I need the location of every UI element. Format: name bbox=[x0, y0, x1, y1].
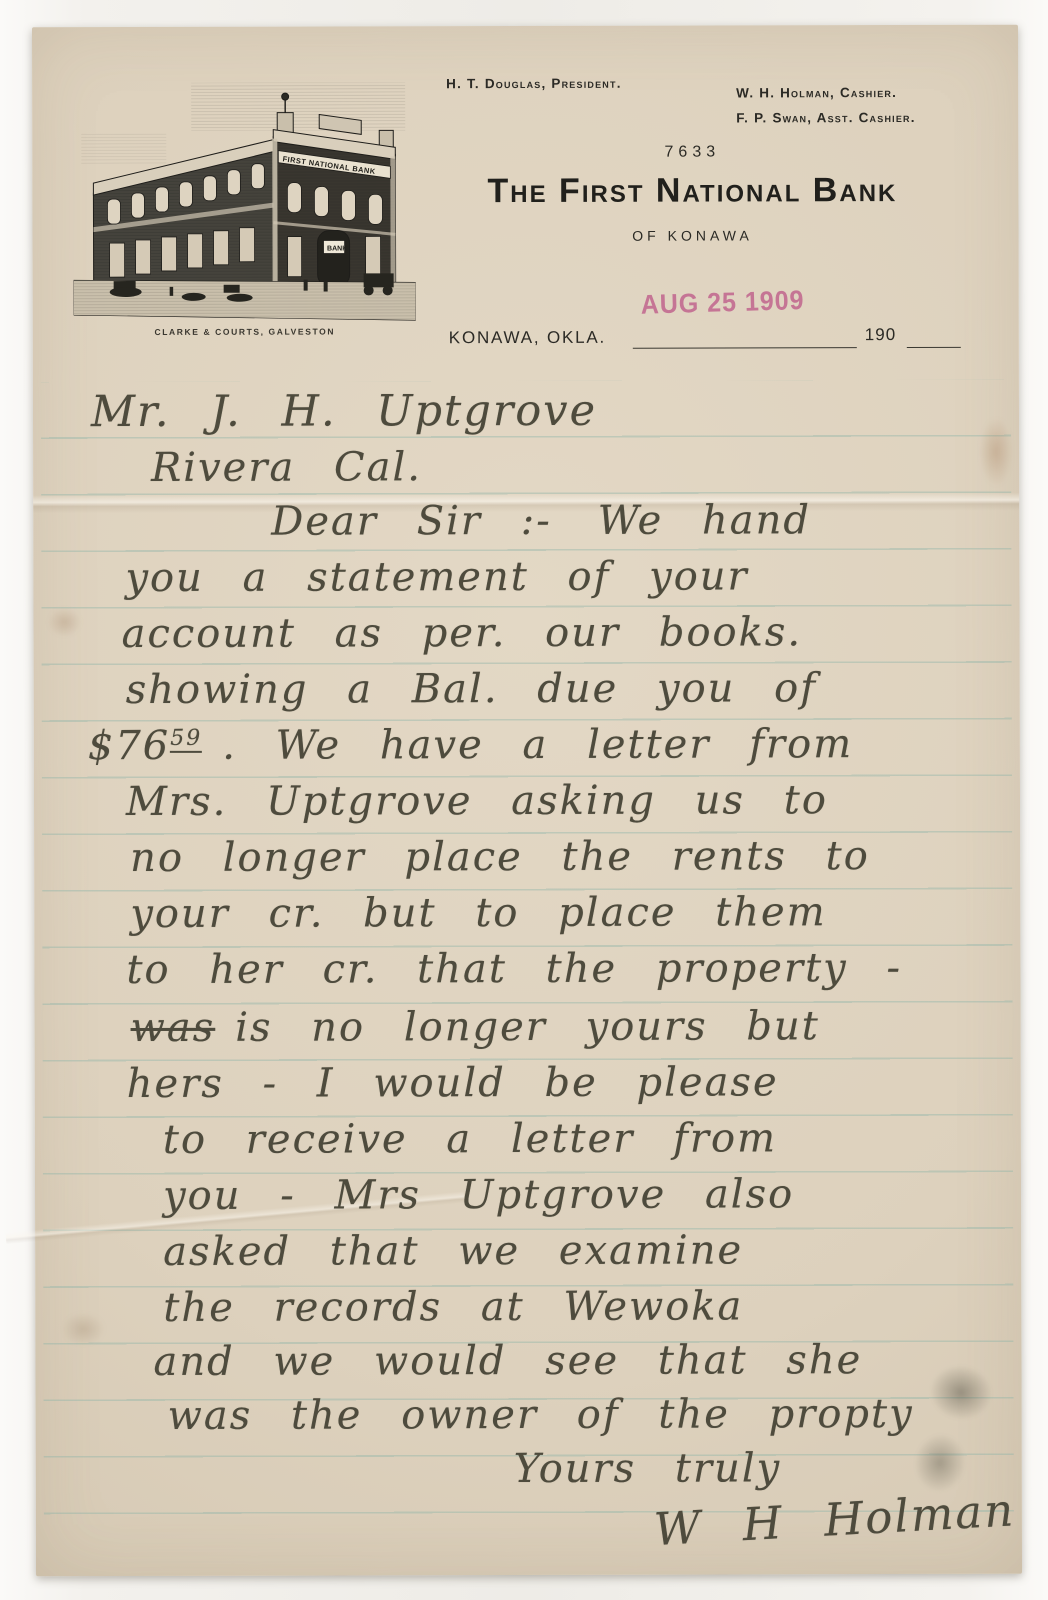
dateline-blank bbox=[633, 329, 857, 349]
letter-line: Mrs. Uptgrove asking us to bbox=[126, 777, 828, 825]
paper-stain bbox=[47, 607, 81, 637]
letter-line: account as per. our books. bbox=[122, 609, 803, 657]
amount-dollars: $76 bbox=[88, 723, 170, 769]
recipient-name: Mr. J. H. Uptgrove bbox=[91, 386, 597, 437]
bank-building-engraving: FIRST NATIONAL BANK BANK bbox=[73, 74, 416, 325]
engraving-caption: CLARKE & COURTS, GALVESTON bbox=[74, 326, 416, 337]
officer-list: W. H. Holman, Cashier. F. P. Swan, Asst.… bbox=[736, 81, 916, 131]
letter-line: the records at Wewoka bbox=[163, 1283, 743, 1331]
paper-stain bbox=[61, 1312, 105, 1346]
letter-paper: FIRST NATIONAL BANK BANK CLAR bbox=[32, 25, 1022, 1577]
date-stamp: AUG 25 1909 bbox=[640, 285, 805, 321]
letter-line: you a statement of your bbox=[125, 553, 748, 601]
scanned-letter-background: FIRST NATIONAL BANK BANK CLAR bbox=[0, 0, 1048, 1600]
letter-line: asked that we examine bbox=[163, 1227, 743, 1275]
amount-cents: 59 bbox=[170, 726, 202, 753]
struck-word: was bbox=[131, 1005, 216, 1051]
signature: W H Holman bbox=[653, 1483, 1017, 1556]
letter-line: your cr. but to place them bbox=[130, 889, 826, 937]
dateline-year-prefix: 190 bbox=[865, 325, 896, 345]
officer-cashier: W. H. Holman, Cashier. bbox=[736, 81, 916, 106]
bank-location-subtitle: OF KONAWA bbox=[433, 227, 953, 244]
recipient-place: Rivera Cal. bbox=[151, 444, 422, 491]
letter-line: showing a Bal. due you of bbox=[126, 665, 817, 713]
ink-smudge bbox=[904, 1358, 999, 1498]
dateline-place: KONAWA, OKLA. bbox=[449, 328, 606, 348]
salutation-line: Dear Sir :-We hand bbox=[271, 497, 811, 544]
amount-line: $7659. We have a letter from bbox=[88, 721, 853, 769]
closing: Yours truly bbox=[514, 1445, 782, 1492]
charter-number: 7633 bbox=[452, 143, 932, 162]
letter-line: hers - I would be please bbox=[127, 1059, 779, 1107]
letter-line: was the owner of the propty bbox=[168, 1391, 914, 1439]
door-sign-text: BANK bbox=[327, 245, 347, 252]
letter-line: and we would see that she bbox=[153, 1337, 862, 1385]
letter-line-with-strikeout: wasis no longer yours but bbox=[131, 1003, 820, 1051]
officer-president: H. T. Douglas, President. bbox=[446, 76, 622, 91]
salutation-continuation: We hand bbox=[598, 497, 811, 544]
letter-line: you - Mrs Uptgrove also bbox=[163, 1171, 794, 1219]
paper-stain bbox=[979, 417, 1013, 487]
strikeout-line-rest: is no longer yours but bbox=[235, 1003, 820, 1051]
officer-asst-cashier: F. P. Swan, Asst. Cashier. bbox=[736, 106, 916, 131]
salutation: Dear Sir :- bbox=[271, 498, 552, 545]
amount-line-rest: . We have a letter from bbox=[222, 721, 853, 769]
dateline-year-blank bbox=[907, 329, 961, 348]
letter-line: no longer place the rents to bbox=[130, 833, 870, 881]
letter-line: to receive a letter from bbox=[163, 1115, 777, 1163]
letter-line: to her cr. that the property - bbox=[126, 945, 902, 993]
bank-name: The First National Bank bbox=[432, 171, 952, 211]
